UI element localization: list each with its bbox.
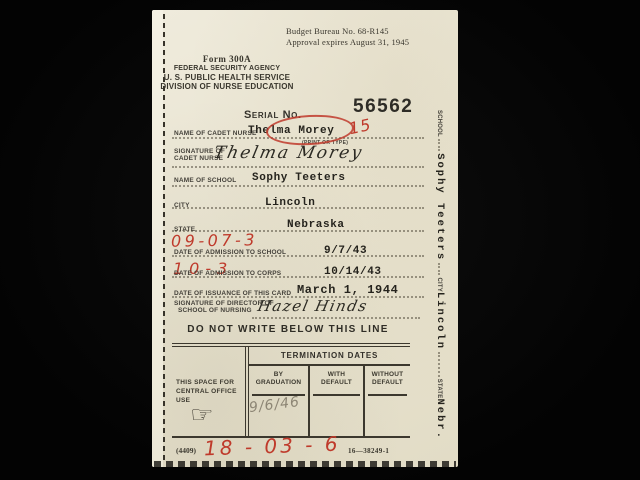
- admission-corps-value: 10/14/43: [324, 266, 382, 278]
- stub-leader: [438, 352, 441, 377]
- admission-corps-dotted-line: [172, 276, 424, 278]
- stub-city-value: Lincoln: [433, 292, 446, 350]
- city-value: Lincoln: [265, 197, 315, 209]
- column-by-graduation: BY GRADUATION 9/6/46: [249, 366, 308, 436]
- form-print-code: (4409): [176, 446, 196, 455]
- photo-background: Budget Bureau No. 68-R145 Approval expir…: [0, 0, 640, 480]
- cadet-signature: Thelma Morey: [212, 143, 365, 163]
- signature-dotted-line: [172, 166, 424, 168]
- bottom-tear-edge: [154, 461, 456, 467]
- stub-school-value: Sophy Teeters: [433, 153, 446, 261]
- admission-school-value: 9/7/43: [324, 245, 367, 257]
- service-name: U. S. PUBLIC HEALTH SERVICE: [160, 73, 294, 82]
- agency-name: FEDERAL SECURITY AGENCY: [160, 64, 294, 73]
- red-number-annotation: 15: [347, 115, 373, 138]
- column-with-default: WITH DEFAULT: [308, 366, 363, 436]
- pencil-graduation-date: 9/6/46: [248, 395, 301, 416]
- stub-vertical-text: SCHOOL Sophy Teeters CITY Lincoln STATE …: [433, 110, 446, 440]
- budget-line-1: Budget Bureau No. 68-R145: [286, 26, 409, 37]
- director-signature: Hazel Hinds: [256, 297, 370, 315]
- termination-table: THIS SPACE FOR CENTRAL OFFICE USE ☞ TERM…: [172, 343, 410, 438]
- director-label-line2: SCHOOL OF NURSING: [178, 307, 252, 315]
- column-header-with-default: WITH DEFAULT: [310, 366, 363, 392]
- budget-line-2: Approval expires August 31, 1945: [286, 37, 409, 48]
- column-without-default: WITHOUT DEFAULT: [363, 366, 410, 436]
- cadet-nurse-card: Budget Bureau No. 68-R145 Approval expir…: [152, 10, 458, 467]
- column-underline: [368, 394, 407, 396]
- school-dotted-line: [172, 185, 424, 187]
- division-name: DIVISION OF NURSE EDUCATION: [160, 82, 294, 91]
- director-dotted-line: [252, 317, 420, 319]
- termination-dates-section: TERMINATION DATES BY GRADUATION 9/6/46 W…: [249, 347, 410, 436]
- stub-state-label: STATE: [435, 379, 443, 399]
- red-footer-code: 18 - 03 - 6: [204, 432, 341, 461]
- pointing-hand-icon: ☞: [190, 403, 214, 428]
- column-header-without-default: WITHOUT DEFAULT: [365, 366, 410, 392]
- stub-city-label: CITY: [435, 277, 443, 291]
- termination-dates-title: TERMINATION DATES: [249, 347, 410, 366]
- serial-number: 56562: [353, 97, 413, 117]
- stub-state-value: Nebr.: [433, 398, 446, 440]
- school-label: NAME OF SCHOOL: [174, 177, 236, 185]
- gpo-print-number: 16—38249-1: [348, 447, 389, 456]
- budget-bureau-note: Budget Bureau No. 68-R145 Approval expir…: [286, 26, 409, 47]
- issuance-value: March 1, 1944: [297, 284, 398, 296]
- column-header-by-graduation: BY GRADUATION: [249, 366, 308, 392]
- column-underline: [313, 394, 360, 396]
- form-number: Form 300A: [160, 54, 294, 64]
- stub-leader: [438, 139, 441, 151]
- do-not-write-warning: DO NOT WRITE BELOW THIS LINE: [172, 324, 404, 335]
- central-office-label: THIS SPACE FOR CENTRAL OFFICE USE: [176, 378, 237, 405]
- state-value: Nebraska: [287, 219, 345, 231]
- red-code-admission-school: 09-07-3: [171, 230, 258, 251]
- school-value: Sophy Teeters: [252, 172, 346, 184]
- stub-school-label: SCHOOL: [435, 110, 443, 137]
- central-office-cell: THIS SPACE FOR CENTRAL OFFICE USE ☞: [172, 347, 249, 436]
- stub-leader: [438, 263, 441, 275]
- agency-header: Form 300A FEDERAL SECURITY AGENCY U. S. …: [160, 54, 294, 91]
- admission-school-dotted-line: [172, 255, 424, 257]
- termination-columns: BY GRADUATION 9/6/46 WITH DEFAULT WITHOU…: [249, 366, 410, 436]
